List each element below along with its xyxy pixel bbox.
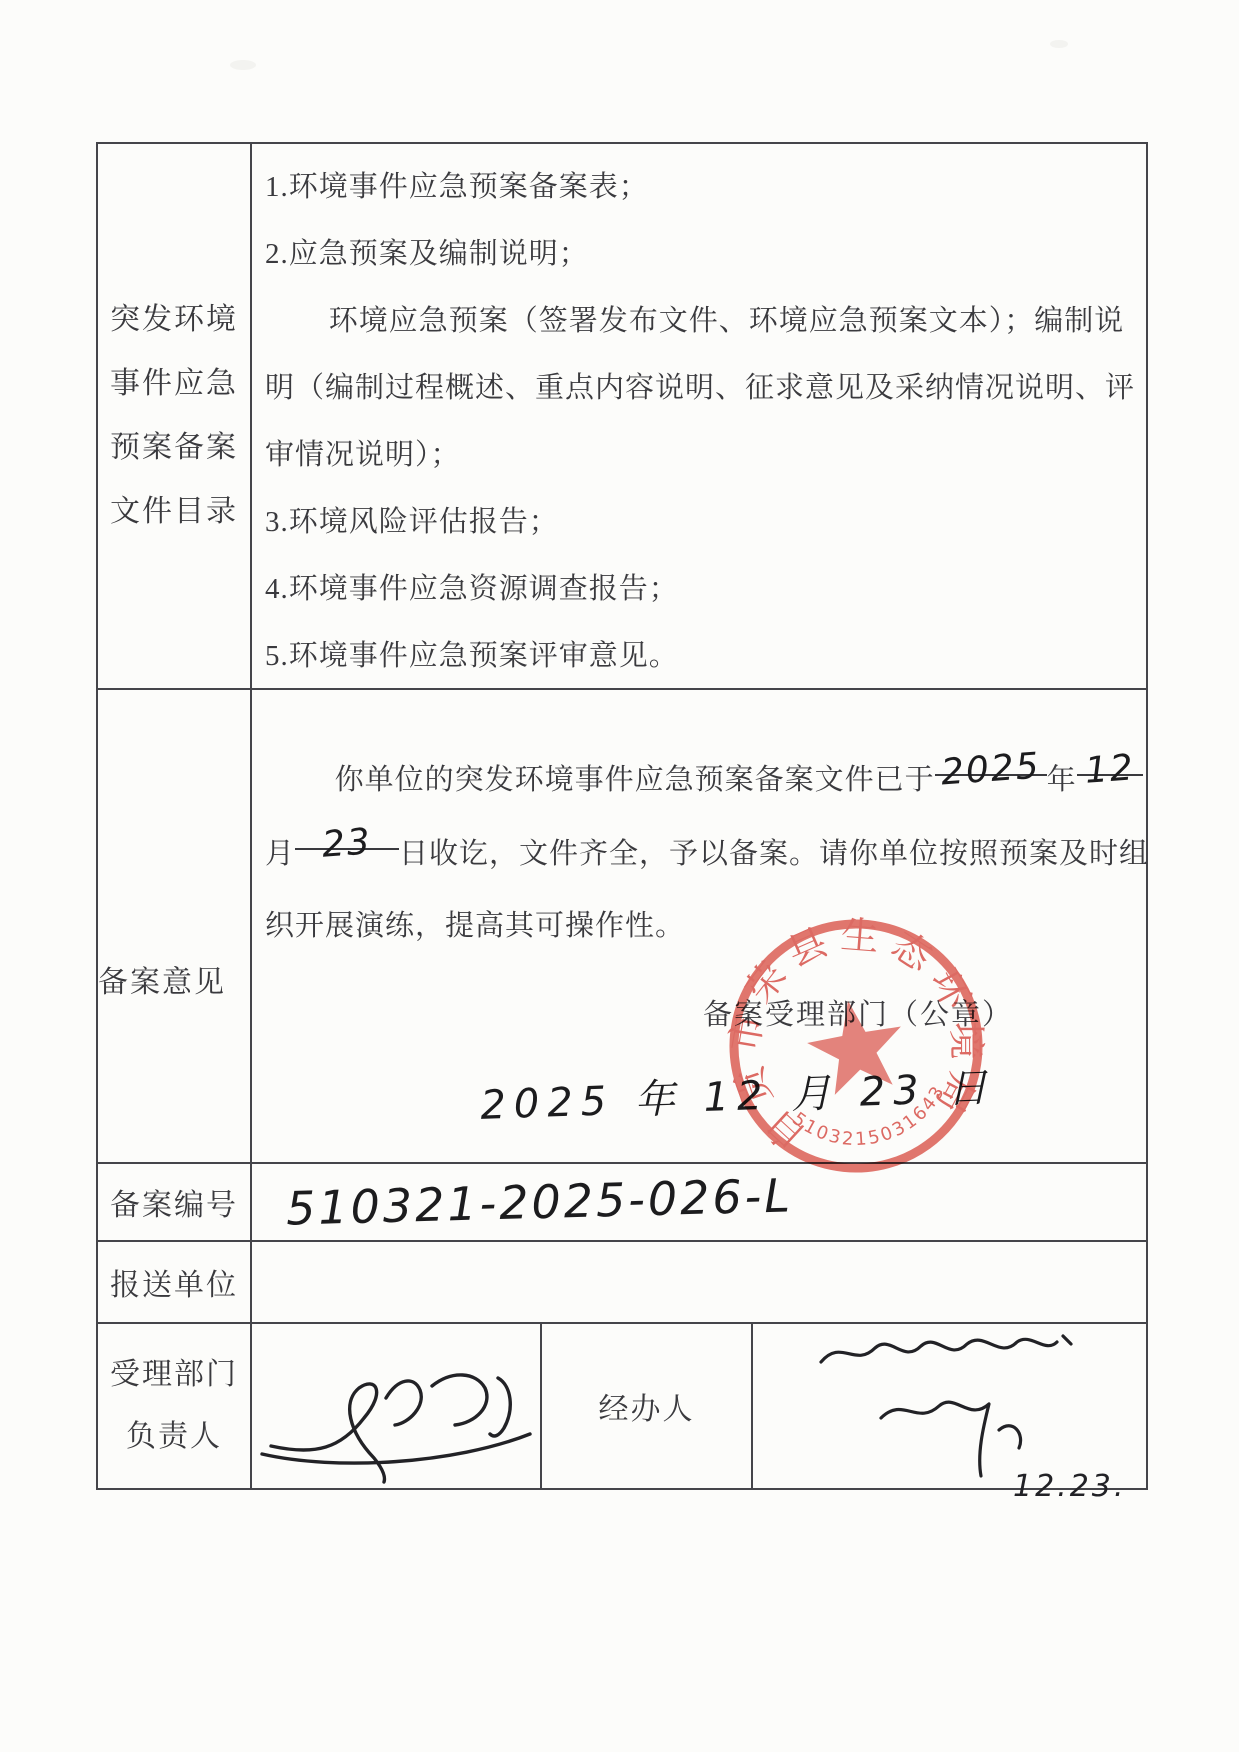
opinion-line-1: 你单位的突发环境事件应急预案备案文件已于2025年12 bbox=[265, 742, 1149, 816]
row-record-number: 备案编号 510321-2025-026-L bbox=[98, 1164, 1146, 1242]
directory-content: 1.环境事件应急预案备案表； 2.应急预案及编制说明； 环境应急预案（签署发布文… bbox=[252, 144, 1149, 688]
directory-item-note-line: 明（编制过程概述、重点内容说明、征求意见及采纳情况说明、评 bbox=[265, 355, 1135, 422]
record-number-label: 备案编号 bbox=[98, 1164, 252, 1240]
leader-signature-scribble bbox=[246, 1328, 546, 1488]
directory-item-note-line: 环境应急预案（签署发布文件、环境应急预案文本）；编制说 bbox=[265, 288, 1135, 355]
opinion-content: 你单位的突发环境事件应急预案备案文件已于2025年12 月23日收讫，文件齐全，… bbox=[252, 690, 1163, 1162]
handwritten-record-number: 510321-2025-026-L bbox=[285, 1168, 793, 1235]
acceptance-leader-label: 受理部门 负责人 bbox=[98, 1324, 252, 1488]
label-line: 受理部门 bbox=[110, 1344, 238, 1406]
directory-row-label: 突发环境 事件应急 预案备案 文件目录 bbox=[98, 144, 252, 688]
row-signatures: 受理部门 负责人 经办人 bbox=[98, 1324, 1146, 1488]
record-number-content: 510321-2025-026-L bbox=[252, 1164, 1146, 1240]
directory-list: 1.环境事件应急预案备案表； 2.应急预案及编制说明； 环境应急预案（签署发布文… bbox=[252, 144, 1149, 690]
label-text: 备案编号 bbox=[110, 1180, 238, 1224]
handwritten-year: 2025 bbox=[938, 731, 1042, 810]
filing-form-table: 突发环境 事件应急 预案备案 文件目录 1.环境事件应急预案备案表； 2.应急预… bbox=[96, 142, 1148, 1490]
label-text: 报送单位 bbox=[110, 1260, 238, 1304]
handler-signature-scribble: 12.23. bbox=[763, 1310, 1153, 1510]
row-directory: 突发环境 事件应急 预案备案 文件目录 1.环境事件应急预案备案表； 2.应急预… bbox=[98, 144, 1146, 690]
scan-smudge bbox=[1050, 40, 1068, 48]
month-blank-field: 12 bbox=[1077, 742, 1143, 776]
directory-item: 4.环境事件应急资源调查报告； bbox=[265, 556, 1135, 623]
year-unit: 年 bbox=[1047, 764, 1077, 796]
scan-smudge bbox=[230, 60, 256, 70]
handler-label-cell: 经办人 bbox=[542, 1324, 753, 1488]
stamp-caption: 备案受理部门（公章） bbox=[252, 990, 1163, 1040]
opinion-line-2: 月23日收讫，文件齐全，予以备案。请你单位按照预案及时组 bbox=[265, 816, 1149, 890]
leader-signature-cell bbox=[252, 1324, 542, 1488]
handwritten-month: 12 bbox=[1082, 732, 1137, 807]
opinion-line-3: 织开展演练，提高其可操作性。 bbox=[265, 890, 1149, 962]
opinion-line1-text: 你单位的突发环境事件应急预案备案文件已于 bbox=[335, 764, 935, 796]
handwritten-day: 23 bbox=[320, 806, 375, 881]
handler-signature-cell: 12.23. bbox=[753, 1324, 1146, 1488]
directory-item: 2.应急预案及编制说明； bbox=[265, 221, 1135, 288]
row-opinion: 备案意见 你单位的突发环境事件应急预案备案文件已于2025年12 月23日收讫，… bbox=[98, 690, 1146, 1164]
label-line: 突发环境 bbox=[110, 288, 238, 352]
year-blank-field: 2025 bbox=[935, 742, 1047, 776]
label-line: 文件目录 bbox=[110, 480, 238, 544]
directory-item: 5.环境事件应急预案评审意见。 bbox=[265, 623, 1135, 690]
directory-item-note-line: 审情况说明）； bbox=[265, 422, 1135, 489]
day-blank-field: 23 bbox=[295, 816, 399, 850]
label-text: 经办人 bbox=[599, 1384, 695, 1428]
label-line: 事件应急 bbox=[110, 352, 238, 416]
directory-item: 1.环境事件应急预案备案表； bbox=[265, 154, 1135, 221]
month-unit: 月 bbox=[265, 838, 295, 870]
handwritten-stamp-date: 2025 年 12 月 23 日 bbox=[252, 1050, 1164, 1139]
scanned-form-page: 突发环境 事件应急 预案备案 文件目录 1.环境事件应急预案备案表； 2.应急预… bbox=[0, 0, 1239, 1752]
opinion-line2-text: 日收讫，文件齐全，予以备案。请你单位按照预案及时组 bbox=[399, 838, 1149, 870]
label-line: 预案备案 bbox=[110, 416, 238, 480]
handwritten-handler-date: 12.23. bbox=[1013, 1469, 1126, 1504]
submit-unit-label: 报送单位 bbox=[98, 1242, 252, 1322]
label-line: 负责人 bbox=[126, 1406, 222, 1468]
directory-item: 3.环境风险评估报告； bbox=[265, 489, 1135, 556]
opinion-row-label: 备案意见 bbox=[98, 690, 252, 1162]
label-text: 备案意见 bbox=[98, 957, 226, 1001]
opinion-paragraph: 你单位的突发环境事件应急预案备案文件已于2025年12 月23日收讫，文件齐全，… bbox=[252, 690, 1163, 962]
